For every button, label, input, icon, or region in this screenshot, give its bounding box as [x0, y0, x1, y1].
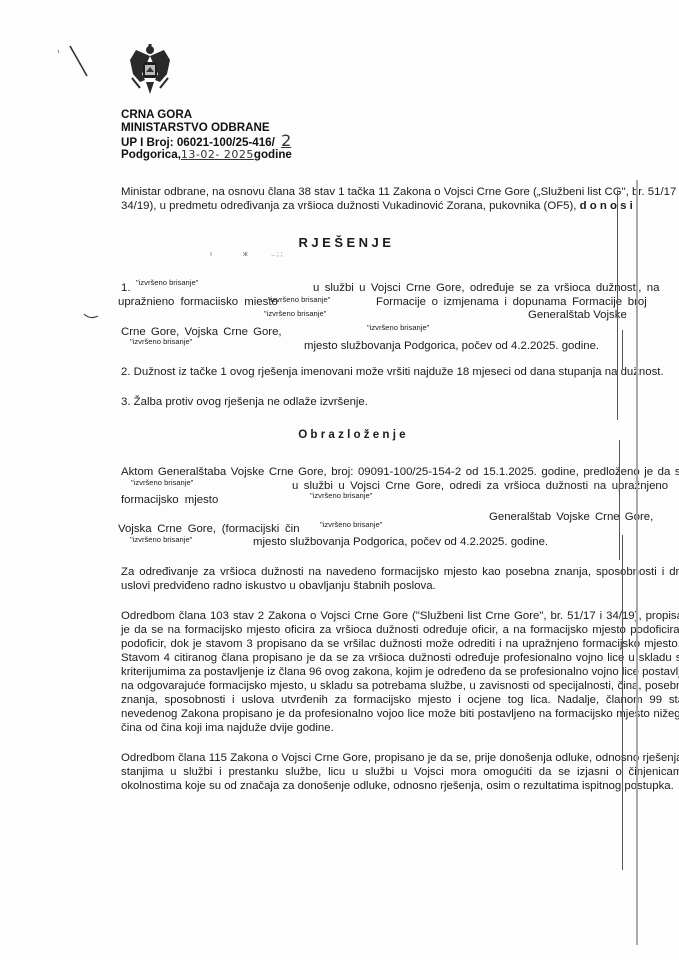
coat-of-arms-icon [128, 44, 172, 100]
item1-line-2b: Formacije o izmjenama i dopunama Formaci… [376, 295, 647, 309]
item2: 2. Dužnost iz tačke 1 ovog rješenja imen… [121, 365, 664, 379]
reasoning-p1-line-6: mjesto službovanja Podgorica, počev od 4… [253, 535, 548, 549]
scan-edge-line [636, 180, 638, 945]
document-page: CRNA GORA MINISTARSTVO ODBRANE UP I Broj… [0, 0, 679, 960]
reasoning-title: Obrazloženje [0, 428, 679, 442]
date-handwritten: 13-02- 2025 [181, 148, 254, 161]
reasoning-p2-line-2: uslovi predviđeno radno iskustvo u obavl… [121, 579, 436, 593]
redacted-text: "izvršeno brisanje" [268, 293, 330, 307]
reasoning-p1-line-4: Generalštab Vojske Crne Gore, [489, 510, 653, 524]
scan-edge-line [622, 535, 623, 870]
redacted-text: "izvršeno brisanje" [264, 307, 326, 321]
reasoning-p1-line-3: formacijsko mjesto [121, 493, 218, 507]
redacted-text: "izvršeno brisanje" [320, 518, 382, 532]
reasoning-p1-line-1: Aktom Generalštaba Vojske Crne Gore, bro… [121, 465, 679, 479]
item1-number: 1. [121, 281, 131, 295]
place-date: Podgorica,13-02- 2025godine [121, 148, 292, 162]
decision-title: RJEŠENJE [0, 236, 679, 250]
item3: 3. Žalba protiv ovog rješenja ne odlaže … [121, 395, 368, 409]
scan-mark-icon [82, 312, 102, 322]
preamble-line-2: 34/19), u predmetu određivanja za vršioc… [121, 199, 633, 213]
preamble-donosi: d o n o s i [580, 200, 633, 212]
reasoning-p4-line: okolnostima koje su od značaja za donoše… [121, 779, 674, 793]
reasoning-p3-line: Odredbom člana 103 stav 2 Zakona o Vojsc… [121, 609, 679, 623]
reasoning-p2-line-1: Za određivanje za vršioca dužnosti na na… [121, 565, 679, 579]
place-prefix: Podgorica, [121, 148, 181, 161]
redacted-text: "izvršeno brisanje" [310, 489, 372, 503]
item1-line-1: u službi u Vojsci Crne Gore, određuje se… [313, 281, 621, 295]
reasoning-p3-line: čina od čina koji ima najduže dvije godi… [121, 721, 334, 735]
reasoning-p3-line: kriterijumima za postavljenje iz člana 9… [121, 665, 679, 679]
place-suffix: godine [254, 148, 292, 161]
scan-edge-line [617, 190, 618, 420]
scan-specks: ı ж .. ; ; [210, 248, 283, 262]
reasoning-p3-line: podoficir, dok je stavom 3 propisano da … [121, 637, 679, 651]
item1-line-3: Generalštab Vojske [528, 308, 627, 322]
item1-line-2a: upražnieno formaciisko miesto [118, 295, 278, 309]
redacted-text: "izvršeno brisanje" [131, 476, 193, 490]
reasoning-p3-line: nevedenog Zakona propisano je da profesi… [121, 707, 679, 721]
item1-line-5: mjesto službovanja Podgorica, počev od 4… [304, 339, 599, 353]
scan-edge-line [619, 440, 620, 560]
ministry-name: MINISTARSTVO ODBRANE [121, 121, 270, 135]
preamble-line-1: Ministar odbrane, na osnovu člana 38 sta… [121, 185, 679, 199]
reasoning-p4-line: Odredbom člana 115 Zakona o Vojsci Crne … [121, 751, 679, 765]
redacted-text: "izvršeno brisanje" [130, 533, 192, 547]
country-name: CRNA GORA [121, 108, 192, 122]
scan-mark-icon [55, 40, 115, 80]
reasoning-p3-line: Stavom 4 citiranog člana propisano je da… [121, 651, 679, 665]
item1-line-1-text: u službi u Vojsci Crne Gore, određuje se… [313, 281, 659, 295]
redacted-text: "izvršeno brisanje" [136, 276, 198, 290]
scan-edge-line [622, 330, 623, 370]
preamble-line-2-text: 34/19), u predmetu određivanja za vršioc… [121, 200, 580, 212]
redacted-text: "izvršeno brisanje" [367, 321, 429, 335]
redacted-text: "izvršeno brisanje" [130, 335, 192, 349]
reasoning-p3-line: na odgovarajuće formacijsko mjesto, u sk… [121, 679, 679, 693]
reasoning-p3-line: znanja, sposobnosti i uslova utvrđenih z… [121, 693, 679, 707]
reasoning-p3-line: je da se na formacijsko mjesto oficira z… [121, 623, 679, 637]
reasoning-p4-line: stanjima u službi i prestanku službe, li… [121, 765, 679, 779]
